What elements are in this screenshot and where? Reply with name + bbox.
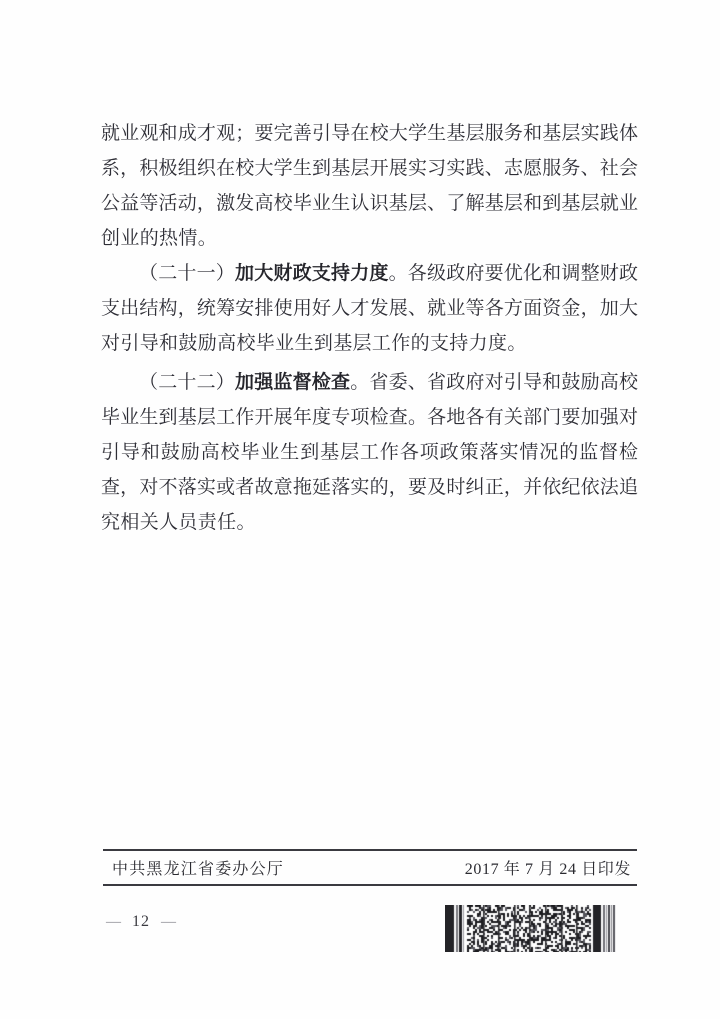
section-heading: 加强监督检查 — [235, 372, 350, 393]
body-line: 支出结构，统筹安排使用好人才发展、就业等各方面资金，加大 — [101, 291, 638, 326]
body-line: 究相关人员责任。 — [101, 505, 638, 540]
section-text: 。各级政府要优化和调整财政 — [389, 263, 638, 284]
section-number: （二十二） — [139, 372, 235, 393]
body-line: 引导和鼓励高校毕业生到基层工作各项政策落实情况的监督检 — [101, 435, 638, 470]
document-body: 就业观和成才观；要完善引导在校大学生基层服务和基层实践体 系，积极组织在校大学生… — [101, 116, 638, 540]
page-number-dash-left: — — [106, 910, 121, 934]
body-line: 对引导和鼓励高校毕业生到基层工作的支持力度。 — [101, 326, 638, 361]
issuing-office: 中共黑龙江省委办公厅 — [112, 856, 284, 879]
section-number: （二十一） — [139, 263, 235, 284]
print-barcode — [445, 905, 617, 952]
paragraph-section-21: （二十一）加大财政支持力度。各级政府要优化和调整财政 支出结构，统筹安排使用好人… — [101, 256, 638, 361]
section-heading: 加大财政支持力度 — [235, 263, 389, 284]
body-line: 毕业生到基层工作开展年度专项检查。各地各有关部门要加强对 — [101, 400, 638, 435]
page-number: — 12 — — [106, 910, 176, 934]
body-line: 就业观和成才观；要完善引导在校大学生基层服务和基层实践体 — [101, 116, 638, 151]
body-line: 系，积极组织在校大学生到基层开展实习实践、志愿服务、社会 — [101, 151, 638, 186]
body-line: （二十二）加强监督检查。省委、省政府对引导和鼓励高校 — [101, 365, 638, 400]
body-line: 查，对不落实或者故意拖延落实的，要及时纠正，并依纪依法追 — [101, 470, 638, 505]
page-number-value: 12 — [132, 910, 150, 934]
paragraph-section-22: （二十二）加强监督检查。省委、省政府对引导和鼓励高校 毕业生到基层工作开展年度专… — [101, 365, 638, 540]
body-line: （二十一）加大财政支持力度。各级政府要优化和调整财政 — [101, 256, 638, 291]
page-number-dash-right: — — [161, 910, 176, 934]
colophon-box: 中共黑龙江省委办公厅 2017 年 7 月 24 日印发 — [103, 849, 637, 886]
body-line: 公益等活动，激发高校毕业生认识基层、了解基层和到基层就业 — [101, 186, 638, 221]
section-text: 。省委、省政府对引导和鼓励高校 — [350, 372, 638, 393]
paragraph-continuation: 就业观和成才观；要完善引导在校大学生基层服务和基层实践体 系，积极组织在校大学生… — [101, 116, 638, 256]
body-line: 创业的热情。 — [101, 221, 638, 256]
document-page: 就业观和成才观；要完善引导在校大学生基层服务和基层实践体 系，积极组织在校大学生… — [0, 0, 720, 1019]
print-date: 2017 年 7 月 24 日印发 — [465, 856, 631, 879]
